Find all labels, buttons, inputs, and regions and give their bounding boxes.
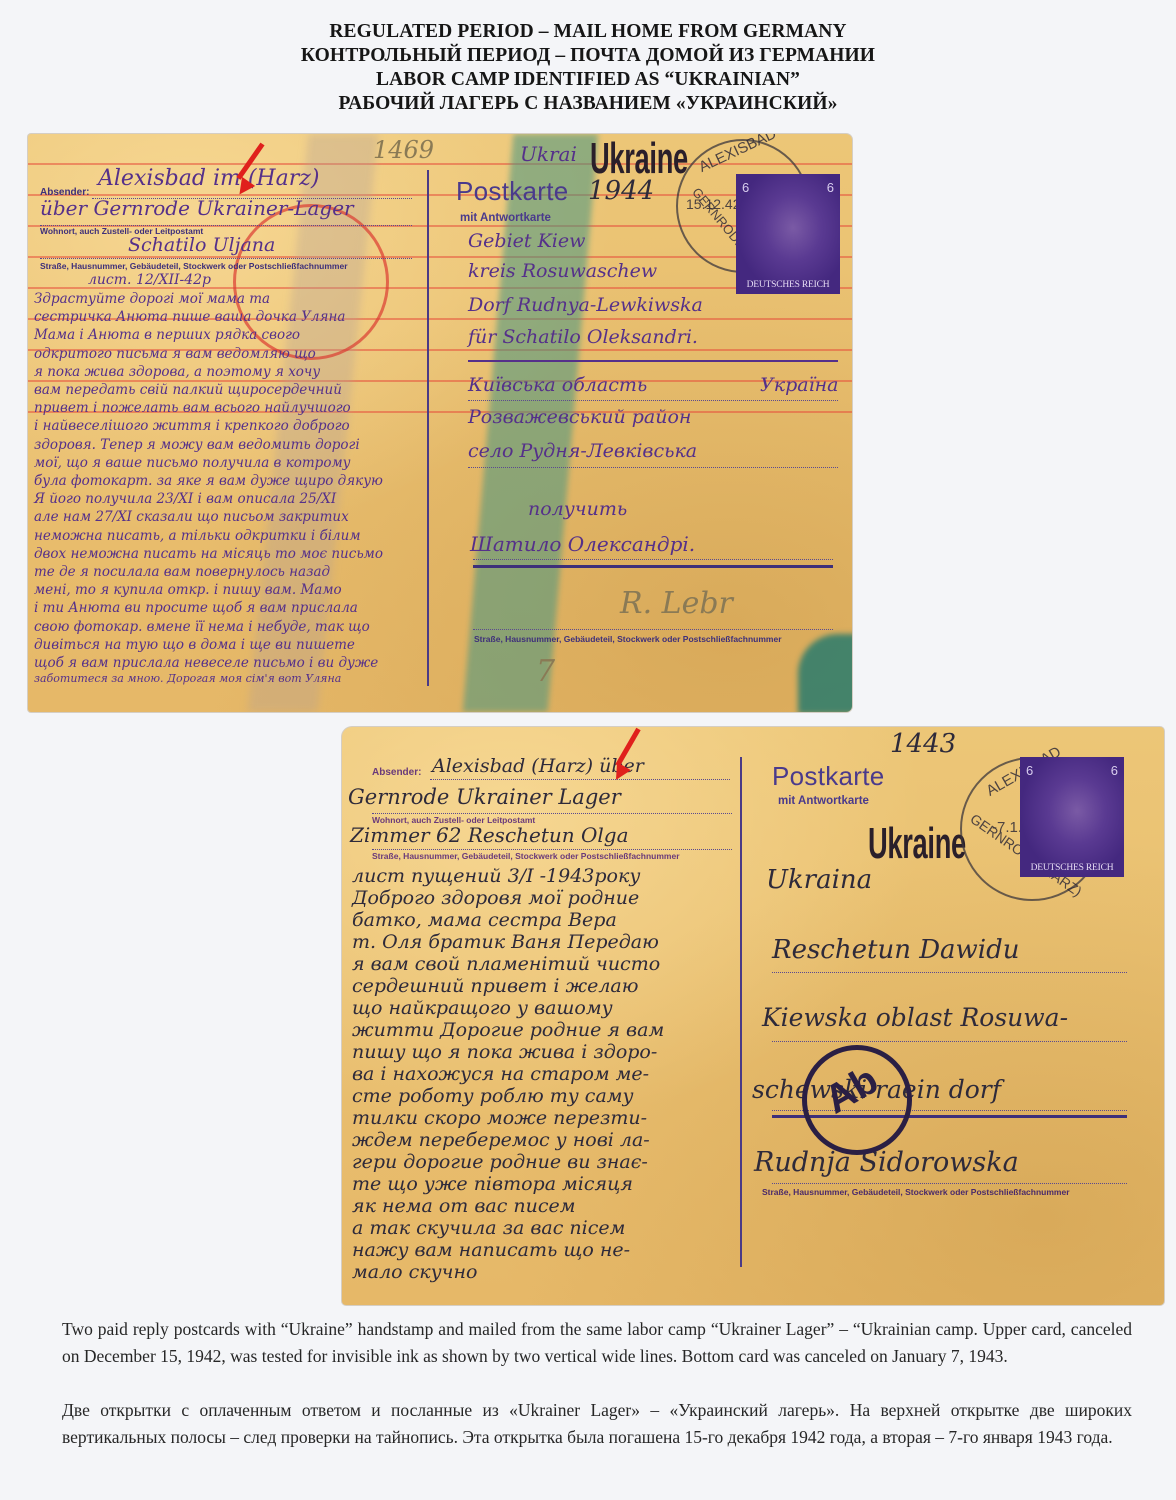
- message-line: і найвеселішого життя і крепкого доброго: [34, 417, 426, 435]
- letter-date: лист. 12/XII-42р: [88, 272, 211, 288]
- stamp-value-right: 6: [1111, 763, 1118, 778]
- dotted-rule: [473, 559, 833, 560]
- message-line: щоб я вам прислала невеселе письмо і ви …: [34, 654, 426, 672]
- message-text: Здрастуйте дорогі мої мама та сестричка …: [34, 290, 426, 686]
- title-line-en-1: REGULATED PERIOD – MAIL HOME FROM GERMAN…: [0, 20, 1176, 44]
- message-line: я пока жива здорова, а поэтому я хочу: [34, 363, 426, 381]
- address-line: получить: [528, 498, 627, 520]
- absender-label: Absender:: [372, 767, 421, 778]
- message-line: житти Дорогие родние я вам: [352, 1019, 737, 1041]
- message-line: ва і нахожуся на старом ме-: [352, 1063, 737, 1085]
- censor-mark-text: Ab: [817, 1058, 886, 1124]
- dotted-rule: [468, 467, 838, 468]
- address-line: Розважевський район: [468, 406, 691, 428]
- message-line: сте роботу роблю ту саму: [352, 1085, 737, 1107]
- stamp-value-right: 6: [827, 180, 834, 195]
- message-text: лист пущений 3/I -1943року Доброго здоро…: [352, 865, 737, 1283]
- address-line: Dorf Rudnya-Lewkiwska: [468, 294, 703, 316]
- dotted-rule: [772, 972, 1127, 973]
- message-line: привет і пожелать вам всього найлучшого: [34, 399, 426, 417]
- stamp-value-left: 6: [742, 180, 749, 195]
- address-line: kreis Rosuwaschew: [468, 260, 657, 282]
- red-arrow-icon: [612, 729, 652, 789]
- message-line: вам передать свій палкий щиросердечний: [34, 381, 426, 399]
- message-line: неможна писать, а тільки одкритки і біли…: [34, 527, 426, 545]
- message-line: одкритого письма я вам ведомляю що: [34, 345, 426, 363]
- stamp-country: DEUTSCHES REICH: [736, 280, 840, 290]
- dotted-rule: [372, 849, 732, 850]
- title-line-ru-2: РАБОЧИЙ ЛАГЕРЬ С НАЗВАНИЕМ «УКРАИНСКИЙ»: [0, 92, 1176, 116]
- destination-country: Україна: [760, 374, 839, 396]
- message-line: свою фотокар. вмене її нема і небуде, та…: [34, 618, 426, 636]
- address-line: Ukraina: [766, 865, 872, 895]
- message-line: Здрастуйте дорогі мої мама та: [34, 290, 426, 308]
- sender-line-2: Gernrode Ukrainer Lager: [348, 785, 621, 809]
- message-line: дивіться на тую що в дома і ще ви пишете: [34, 636, 426, 654]
- message-line: пишу що я пока жива і здоро-: [352, 1041, 737, 1063]
- censor-mark: Ab: [802, 1045, 912, 1155]
- address-line: Rudnja Sidorowska: [754, 1147, 1019, 1178]
- address-line: Reschetun Dawidu: [772, 935, 1020, 965]
- strasse-label: Straße, Hausnummer, Gebäudeteil, Stockwe…: [372, 851, 680, 861]
- message-line: мої, що я ваше письмо получила в котрому: [34, 454, 426, 472]
- caption-english: Two paid reply postcards with “Ukraine” …: [62, 1316, 1132, 1370]
- postage-stamp: 6 6 DEUTSCHES REICH: [1020, 757, 1124, 877]
- message-line: мало скучно: [352, 1261, 737, 1283]
- strasse-label: Straße, Hausnummer, Gebäudeteil, Stockwe…: [40, 261, 348, 271]
- message-line: Доброго здоровя мої родние: [352, 887, 737, 909]
- message-line: як нема от вас писем: [352, 1195, 737, 1217]
- message-line: здоровя. Тепер я можу вам ведомить дорог…: [34, 436, 426, 454]
- ukraine-handstamp: Ukraine: [868, 819, 966, 869]
- message-line: батко, мама сестра Вера: [352, 909, 737, 931]
- message-line: двох неможна писать на місяць то моє пис…: [34, 545, 426, 563]
- sender-name: Schatilo Uljana: [128, 234, 275, 256]
- postage-stamp: 6 6 DEUTSCHES REICH: [736, 174, 840, 294]
- message-line: те що уже півтора місяця: [352, 1173, 737, 1195]
- sender-line-2: über Gernrode Ukrainer-Lager: [40, 196, 354, 220]
- pencil-digit: 7: [536, 654, 555, 689]
- strasse-label-bottom: Straße, Hausnummer, Gebäudeteil, Stockwe…: [762, 1187, 1070, 1197]
- upper-postcard: 1469 Absender: Alexisbad im (Harz) über …: [28, 134, 852, 712]
- message-line: і ти Анюта ви просите щоб я вам прислала: [34, 599, 426, 617]
- message-line: заботитеся за мною. Дорогая моя сім'я во…: [34, 672, 426, 686]
- postkarte-title: Postkarte: [456, 176, 569, 207]
- sender-name: Zimmer 62 Reschetun Olga: [350, 823, 629, 847]
- postkarte-subtitle: mit Antwortkarte: [460, 212, 551, 224]
- address-line: Kiewska oblast Rosuwa-: [762, 1003, 1068, 1032]
- message-line: Мама і Анюта в перших рядка свого: [34, 326, 426, 344]
- message-line: Я його получила 23/XI і вам описала 25/X…: [34, 490, 426, 508]
- message-line: лист пущений 3/I -1943року: [352, 865, 737, 887]
- message-line: я вам свой пламенітий чисто: [352, 953, 737, 975]
- address-line: село Рудня-Левківська: [468, 440, 697, 462]
- message-line: те де я посилала вам повернулось назад: [34, 563, 426, 581]
- postkarte-subtitle: mit Antwortkarte: [778, 795, 869, 807]
- stamp-value-left: 6: [1026, 763, 1033, 778]
- dotted-rule: [772, 1183, 1127, 1184]
- handwritten-underline: [468, 360, 838, 362]
- year-note: 1944: [588, 176, 654, 206]
- message-line: т. Оля братик Ваня Передаю: [352, 931, 737, 953]
- message-line: мені, то я купила откр. і пишу вам. Мамо: [34, 581, 426, 599]
- postkarte-title: Postkarte: [772, 761, 885, 792]
- stamp-country: DEUTSCHES REICH: [1020, 863, 1124, 873]
- lower-postcard: 1443 Absender: Alexisbad (Harz) über Ger…: [342, 727, 1164, 1305]
- handwritten-ukraine: Ukrai: [520, 142, 577, 166]
- sender-line-1: Alexisbad im (Harz): [98, 166, 319, 191]
- postmark-date: 15.12.42: [686, 196, 741, 212]
- dotted-rule: [772, 1041, 1127, 1042]
- title-line-en-2: LABOR CAMP IDENTIFIED AS “UKRAINIAN”: [0, 68, 1176, 92]
- message-line: нажу вам написать що не-: [352, 1239, 737, 1261]
- message-line: тилки скоро може перезти-: [352, 1107, 737, 1129]
- pencil-signature: R. Lebr: [620, 586, 733, 621]
- dotted-rule: [40, 258, 412, 259]
- title-line-ru-1: КОНТРОЛЬНЫЙ ПЕРИОД – ПОЧТА ДОМОЙ ИЗ ГЕРМ…: [0, 44, 1176, 68]
- ink-stain: [798, 634, 852, 712]
- solid-rule: [473, 565, 833, 568]
- message-line: сестричка Анюта пише ваша дочка Уляна: [34, 308, 426, 326]
- pencil-number: 1469: [373, 136, 434, 164]
- page-header: REGULATED PERIOD – MAIL HOME FROM GERMAN…: [0, 20, 1176, 116]
- message-line: ждем переберемос у нові ла-: [352, 1129, 737, 1151]
- message-line: була фотокарт. за яке я вам дуже щиро дя…: [34, 472, 426, 490]
- message-line: сердешний привет і желаю: [352, 975, 737, 997]
- address-line: für Schatilo Oleksandri.: [468, 326, 698, 348]
- message-line: гери дорогие родние ви знає-: [352, 1151, 737, 1173]
- message-line: а так скучила за вас пісем: [352, 1217, 737, 1239]
- dotted-rule: [430, 779, 730, 780]
- card-divider: [740, 757, 742, 1267]
- message-line: але нам 27/XI сказали що письом закритих: [34, 508, 426, 526]
- red-arrow-icon: [238, 144, 278, 204]
- dotted-rule: [468, 400, 838, 401]
- pencil-number: 1443: [890, 729, 956, 759]
- dotted-rule: [372, 813, 732, 814]
- caption-russian: Две открытки с оплаченным ответом и посл…: [62, 1397, 1132, 1451]
- card-divider: [427, 170, 429, 686]
- dotted-rule: [473, 629, 833, 630]
- strasse-label-bottom: Straße, Hausnummer, Gebäudeteil, Stockwe…: [474, 634, 782, 644]
- address-line: Gebiet Kiew: [468, 230, 585, 252]
- address-line: Шатило Олександрі.: [470, 532, 695, 556]
- message-line: що найкращого у вашому: [352, 997, 737, 1019]
- address-line: Київська область: [468, 374, 647, 396]
